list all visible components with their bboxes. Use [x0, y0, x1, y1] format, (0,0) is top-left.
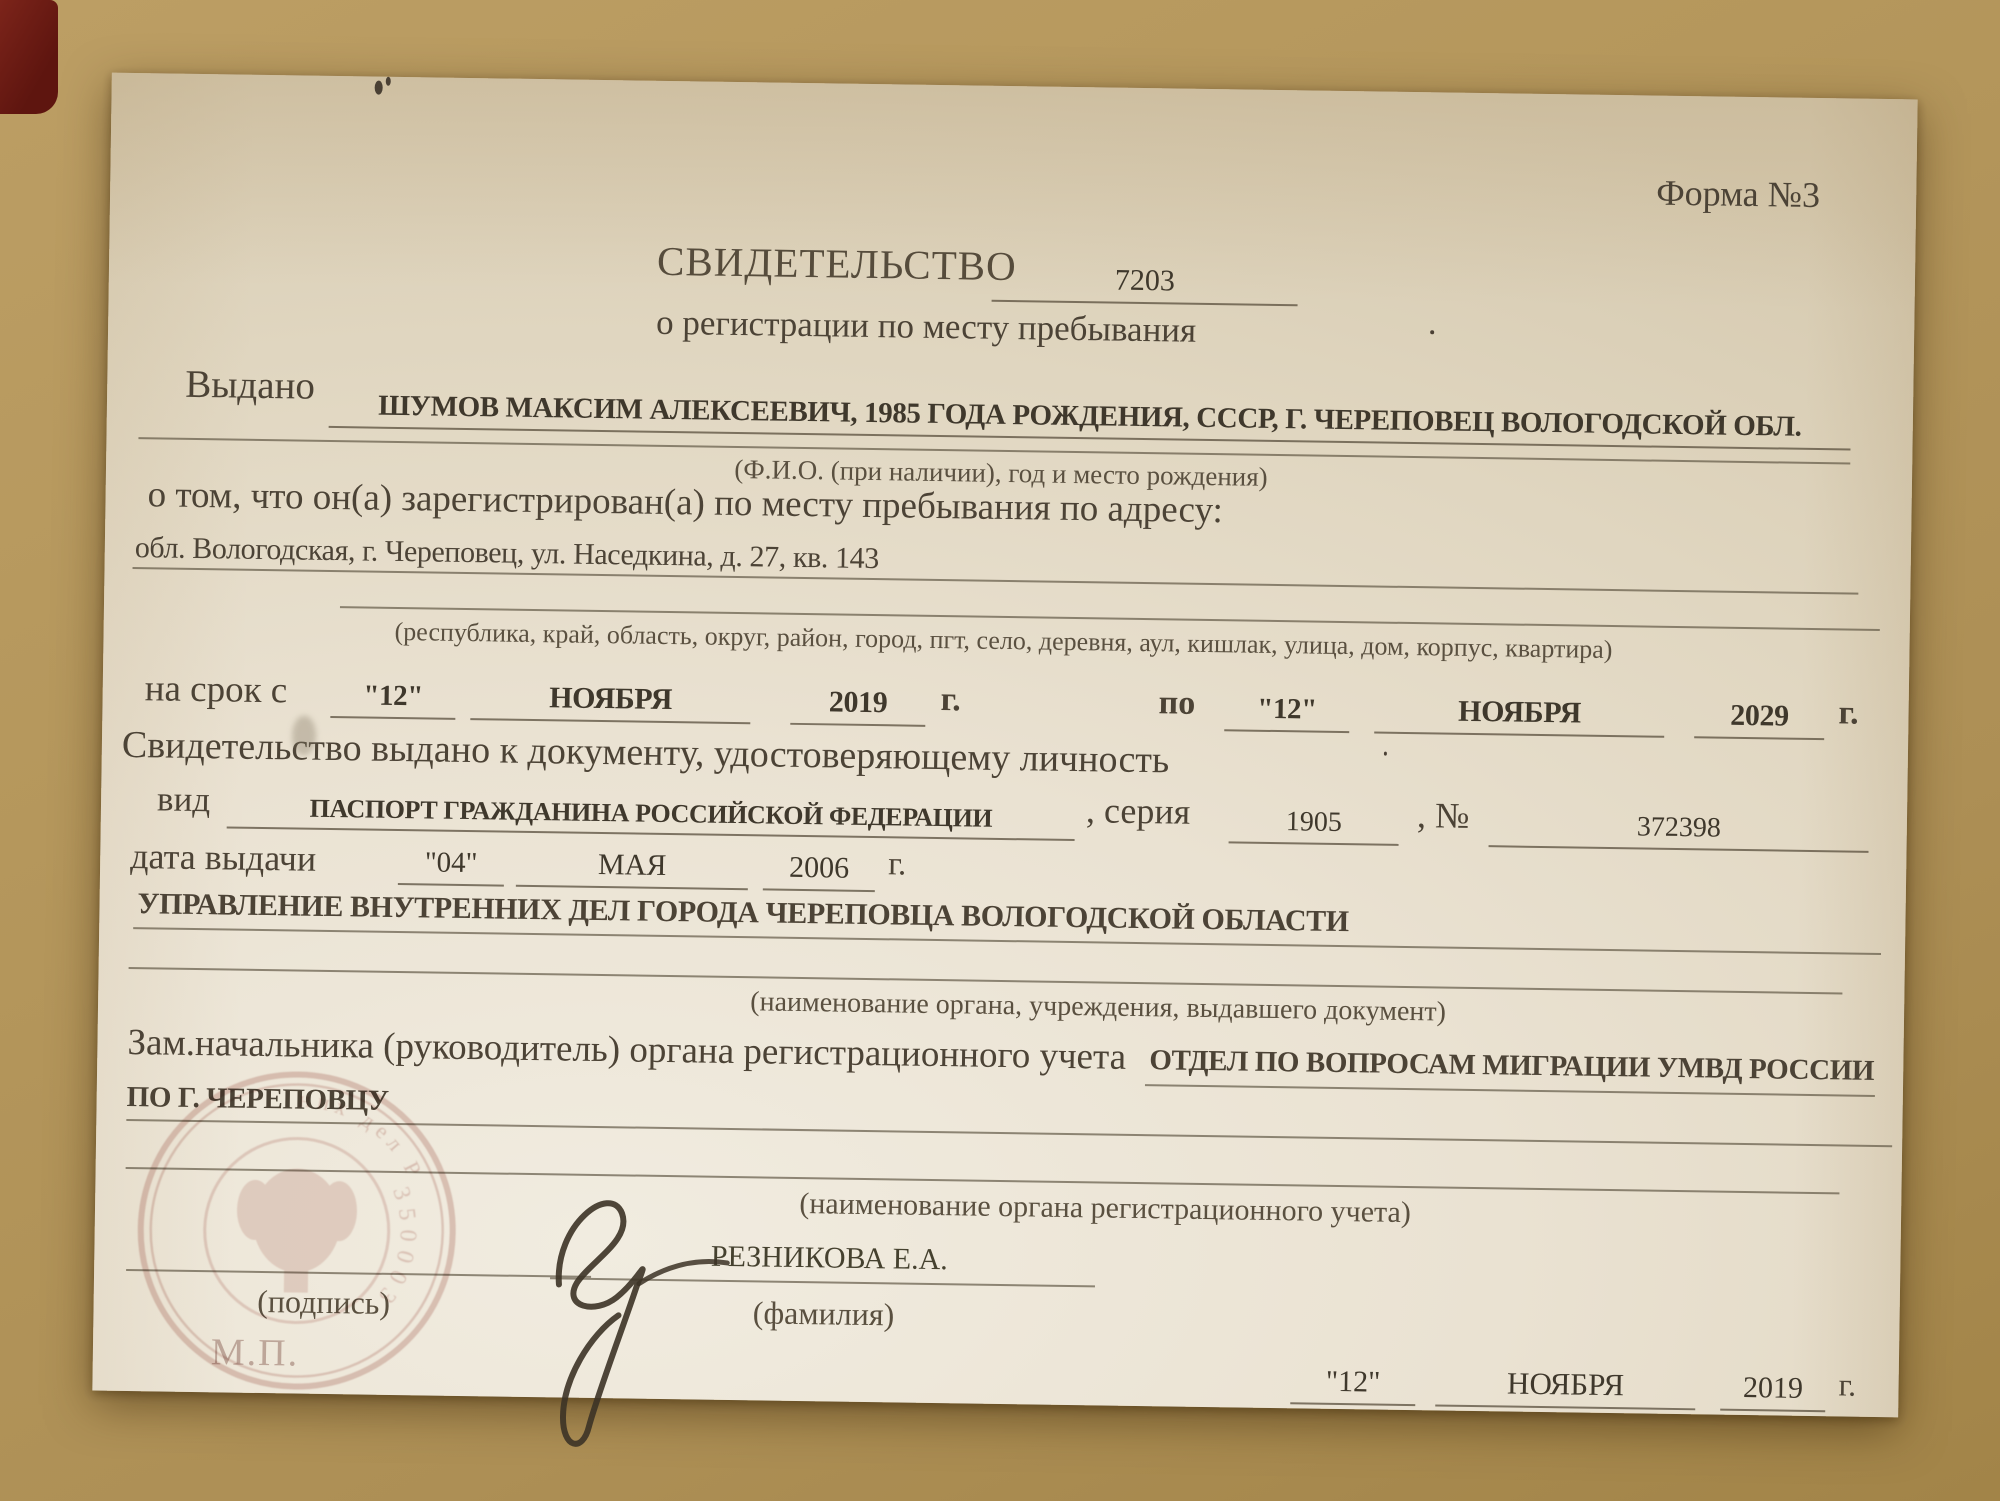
registrar-value-line1: ОТДЕЛ ПО ВОПРОСАМ МИГРАЦИИ УМВД РОССИИ — [1149, 1044, 1874, 1088]
period-to-year: 2029 — [1730, 699, 1789, 738]
period-to-month-blank: НОЯБРЯ — [1374, 683, 1665, 737]
issue-month-blank: МАЯ — [516, 837, 749, 890]
doc-series-value: 1905 — [1286, 806, 1343, 843]
period-to-month: НОЯБРЯ — [1458, 695, 1581, 735]
period-from-month-blank: НОЯБРЯ — [470, 670, 751, 724]
signature — [496, 1164, 800, 1468]
doc-type-blank: ПАСПОРТ ГРАЖДАНИНА РОССИЙСКОЙ ФЕДЕРАЦИИ — [227, 776, 1076, 841]
ink-speck — [1384, 752, 1387, 756]
issue-month: МАЯ — [598, 848, 667, 887]
bottom-year-blank: 2019 — [1720, 1361, 1826, 1413]
doc-no-blank: 372398 — [1489, 795, 1870, 853]
period-to-year-blank: 2029 — [1694, 688, 1825, 740]
doc-type-label: вид — [157, 779, 211, 820]
issue-date-label: дата выдачи — [130, 835, 317, 880]
period-from-year: 2019 — [829, 685, 888, 724]
ink-speck — [386, 77, 391, 86]
issue-year-suffix: г. — [888, 846, 907, 883]
issue-year-blank: 2006 — [763, 840, 876, 892]
stamp-digits: 350003 — [368, 1183, 422, 1314]
doc-subtitle: о регистрации по месту пребывания — [656, 303, 1197, 351]
period-label: на срок с — [144, 667, 287, 712]
doc-number-blank: 7203 — [992, 236, 1299, 307]
issue-year: 2006 — [789, 851, 850, 890]
period-to-label: по — [1158, 684, 1195, 723]
doc-type-value: ПАСПОРТ ГРАЖДАНИНА РОССИЙСКОЙ ФЕДЕРАЦИИ — [309, 794, 992, 838]
svg-text:350003: 350003 — [368, 1183, 422, 1314]
issued-to-blank: ШУМОВ МАКСИМ АЛЕКСЕЕВИЧ, 1985 ГОДА РОЖДЕ… — [329, 362, 1852, 451]
doc-no-value: 372398 — [1637, 811, 1722, 848]
bottom-month: НОЯБРЯ — [1507, 1366, 1625, 1408]
issue-day-blank: "04" — [398, 835, 505, 887]
photo-of-document: Форма №3 СВИДЕТЕЛЬСТВО 7203 о регистраци… — [0, 0, 2000, 1501]
identity-line: Свидетельство выдано к документу, удосто… — [122, 723, 1170, 783]
period-from-year-suffix: г. — [940, 681, 961, 719]
period-to-day: "12" — [1257, 693, 1317, 731]
doc-series-blank: 1905 — [1229, 791, 1400, 846]
bottom-day-blank: "12" — [1290, 1354, 1416, 1406]
doc-series-label: , серия — [1086, 789, 1191, 833]
issued-to-value: ШУМОВ МАКСИМ АЛЕКСЕЕВИЧ, 1985 ГОДА РОЖДЕ… — [378, 390, 1802, 448]
issuing-caption: (наименование органа, учреждения, выдавш… — [498, 983, 1698, 1033]
doc-number-label: , № — [1417, 794, 1470, 837]
period-to-year-suffix: г. — [1838, 694, 1859, 732]
official-stamp: них дел Р 350003 — [122, 1068, 477, 1423]
bottom-month-blank: НОЯБРЯ — [1435, 1356, 1696, 1410]
period-to-day-blank: "12" — [1224, 681, 1350, 733]
bottom-year: 2019 — [1743, 1371, 1804, 1410]
paper-sheet: Форма №3 СВИДЕТЕЛЬСТВО 7203 о регистраци… — [92, 73, 1917, 1418]
coat-of-arms-emblem — [236, 1168, 358, 1294]
bottom-day: "12" — [1326, 1365, 1381, 1404]
issued-label: Выдано — [185, 362, 315, 409]
period-from-day: "12" — [363, 679, 423, 717]
address-underline — [133, 567, 1859, 595]
form-number: Форма №3 — [1656, 172, 1820, 216]
ink-speck — [1430, 330, 1434, 334]
period-from-year-blank: 2019 — [790, 675, 926, 727]
bottom-year-suffix: г. — [1838, 1366, 1856, 1403]
period-from-month: НОЯБРЯ — [549, 681, 672, 721]
issue-day: "04" — [425, 846, 478, 884]
doc-title: СВИДЕТЕЛЬСТВО — [657, 237, 1017, 290]
doc-number: 7203 — [1115, 264, 1176, 303]
ink-speck — [375, 81, 383, 95]
period-from-day-blank: "12" — [330, 668, 456, 720]
dark-red-corner-object — [0, 0, 58, 114]
